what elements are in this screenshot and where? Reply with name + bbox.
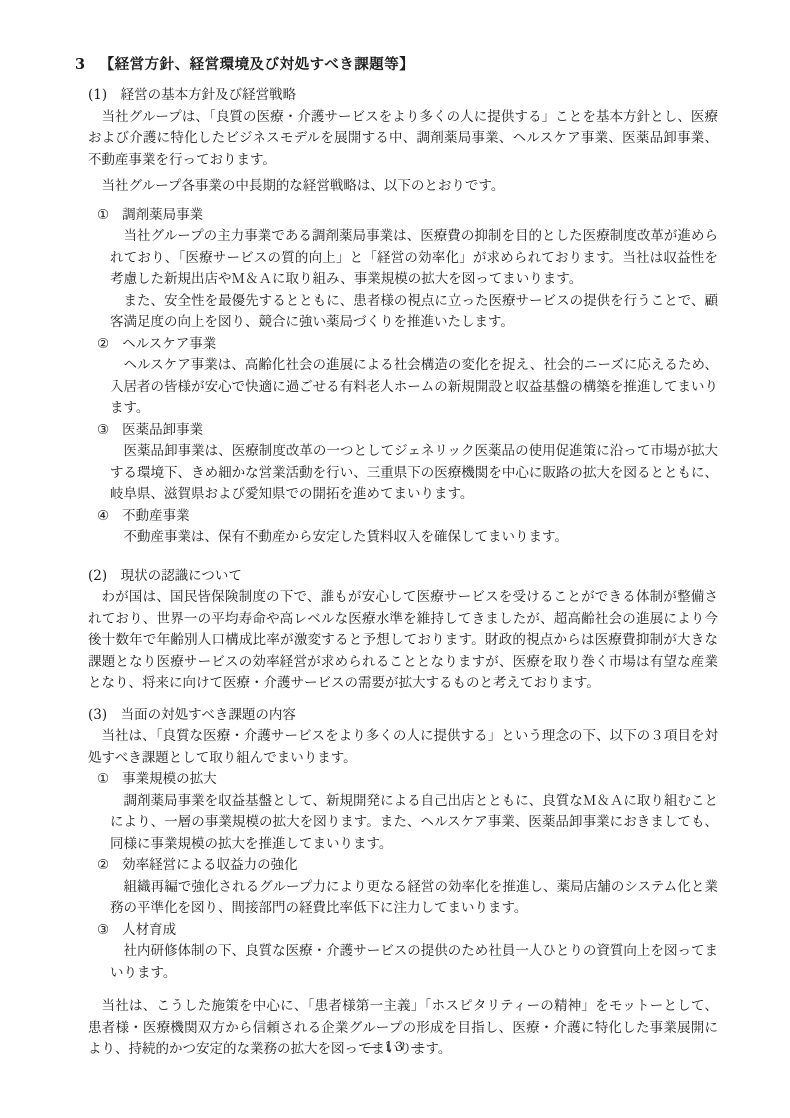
item-body: 医薬品卸事業は、医療制度改革の一つとしてジェネリック医薬品の使用促進策に沿って市…: [75, 441, 718, 506]
item-heading: ④不動産事業: [97, 506, 718, 528]
document-page: 3【経営方針、経営環境及び対処すべき課題等】 (1) 経営の基本方針及び経営戦略…: [0, 0, 790, 1118]
paragraph: わが国は、国民皆保険制度の下で、誰もが安心して医療サービスを受けることができる体…: [88, 587, 718, 695]
paragraph: 不動産事業は、保有不動産から安定した賃料収入を確保してまいります。: [110, 527, 718, 549]
page-number: ― 13 ―: [0, 1040, 790, 1055]
item-title: 医薬品卸事業: [122, 422, 203, 438]
section-basic-policy: (1) 経営の基本方針及び経営戦略 当社グループは、「良質の医療・介護サービスを…: [75, 85, 718, 549]
item-marker: ①: [97, 771, 109, 787]
item-body: 調剤薬局事業を収益基盤として、新規開発による自己出店とともに、良質なＭ＆Ａに取り…: [75, 791, 718, 856]
item-title: 事業規模の拡大: [122, 771, 217, 787]
section-issues-to-address: (3) 当面の対処すべき課題の内容 当社は、「良質な医療・介護サービスをより多く…: [75, 705, 718, 985]
paragraph: 調剤薬局事業を収益基盤として、新規開発による自己出店とともに、良質なＭ＆Ａに取り…: [110, 791, 718, 856]
list-item: ②効率経営による収益力の強化 組織再編で強化されるグループ力により更なる経営の効…: [75, 855, 718, 920]
list-item: ②ヘルスケア事業 ヘルスケア事業は、高齢化社会の進展による社会構造の変化を捉え、…: [75, 334, 718, 420]
item-marker: ②: [97, 336, 109, 352]
paragraph: 当社は、「良質な医療・介護サービスをより多くの人に提供する」という理念の下、以下…: [88, 726, 718, 769]
section-current-recognition: (2) 現状の認識について わが国は、国民皆保険制度の下で、誰もが安心して医療サ…: [75, 566, 718, 695]
section-heading: (1) 経営の基本方針及び経営戦略: [88, 85, 718, 107]
item-marker: ③: [97, 422, 109, 438]
paragraph: 組織再編で強化されるグループ力により更なる経営の効率化を推進し、薬局店舗のシステ…: [110, 877, 718, 920]
list-item: ③医薬品卸事業 医薬品卸事業は、医療制度改革の一つとしてジェネリック医薬品の使用…: [75, 420, 718, 506]
item-body: 不動産事業は、保有不動産から安定した賃料収入を確保してまいります。: [75, 527, 718, 549]
list-item: ④不動産事業 不動産事業は、保有不動産から安定した賃料収入を確保してまいります。: [75, 506, 718, 549]
item-marker: ③: [97, 922, 109, 938]
item-heading: ③医薬品卸事業: [97, 420, 718, 442]
paragraph: 当社グループは、「良質の医療・介護サービスをより多くの人に提供する」ことを基本方…: [88, 107, 718, 172]
paragraph: 当社グループ各事業の中長期的な経営戦略は、以下のとおりです。: [88, 176, 718, 198]
item-body: ヘルスケア事業は、高齢化社会の進展による社会構造の変化を捉え、社会的ニーズに応え…: [75, 355, 718, 420]
page-heading: 3【経営方針、経営環境及び対処すべき課題等】: [75, 54, 718, 76]
item-title: 調剤薬局事業: [122, 207, 203, 223]
item-title: 人材育成: [122, 922, 176, 938]
item-marker: ①: [97, 207, 109, 223]
item-marker: ②: [97, 857, 109, 873]
item-title: 不動産事業: [122, 508, 190, 524]
item-body: 社内研修体制の下、良質な医療・介護サービスの提供のため社員一人ひとりの資質向上を…: [75, 941, 718, 984]
item-marker: ④: [97, 508, 109, 524]
paragraph: 社内研修体制の下、良質な医療・介護サービスの提供のため社員一人ひとりの資質向上を…: [110, 941, 718, 984]
paragraph: 当社グループの主力事業である調剤薬局事業は、医療費の抑制を目的とした医療制度改革…: [110, 226, 718, 291]
item-body: 組織再編で強化されるグループ力により更なる経営の効率化を推進し、薬局店舗のシステ…: [75, 877, 718, 920]
list-item: ①調剤薬局事業 当社グループの主力事業である調剤薬局事業は、医療費の抑制を目的と…: [75, 205, 718, 334]
item-heading: ①事業規模の拡大: [97, 769, 718, 791]
page-heading-number: 3: [75, 56, 86, 73]
list-item: ③人材育成 社内研修体制の下、良質な医療・介護サービスの提供のため社員一人ひとり…: [75, 920, 718, 985]
item-body: 当社グループの主力事業である調剤薬局事業は、医療費の抑制を目的とした医療制度改革…: [75, 226, 718, 334]
item-heading: ②ヘルスケア事業: [97, 334, 718, 356]
section-heading: (2) 現状の認識について: [88, 566, 718, 588]
item-heading: ①調剤薬局事業: [97, 205, 718, 227]
item-title: ヘルスケア事業: [122, 336, 216, 352]
page-heading-title: 【経営方針、経営環境及び対処すべき課題等】: [100, 56, 415, 73]
item-heading: ②効率経営による収益力の強化: [97, 855, 718, 877]
paragraph: 医薬品卸事業は、医療制度改革の一つとしてジェネリック医薬品の使用促進策に沿って市…: [110, 441, 718, 506]
section-heading: (3) 当面の対処すべき課題の内容: [88, 705, 718, 727]
paragraph: また、安全性を最優先するとともに、患者様の視点に立った医療サービスの提供を行うこ…: [110, 291, 718, 334]
item-title: 効率経営による収益力の強化: [122, 857, 298, 873]
list-item: ①事業規模の拡大 調剤薬局事業を収益基盤として、新規開発による自己出店とともに、…: [75, 769, 718, 855]
paragraph: ヘルスケア事業は、高齢化社会の進展による社会構造の変化を捉え、社会的ニーズに応え…: [110, 355, 718, 420]
item-heading: ③人材育成: [97, 920, 718, 942]
